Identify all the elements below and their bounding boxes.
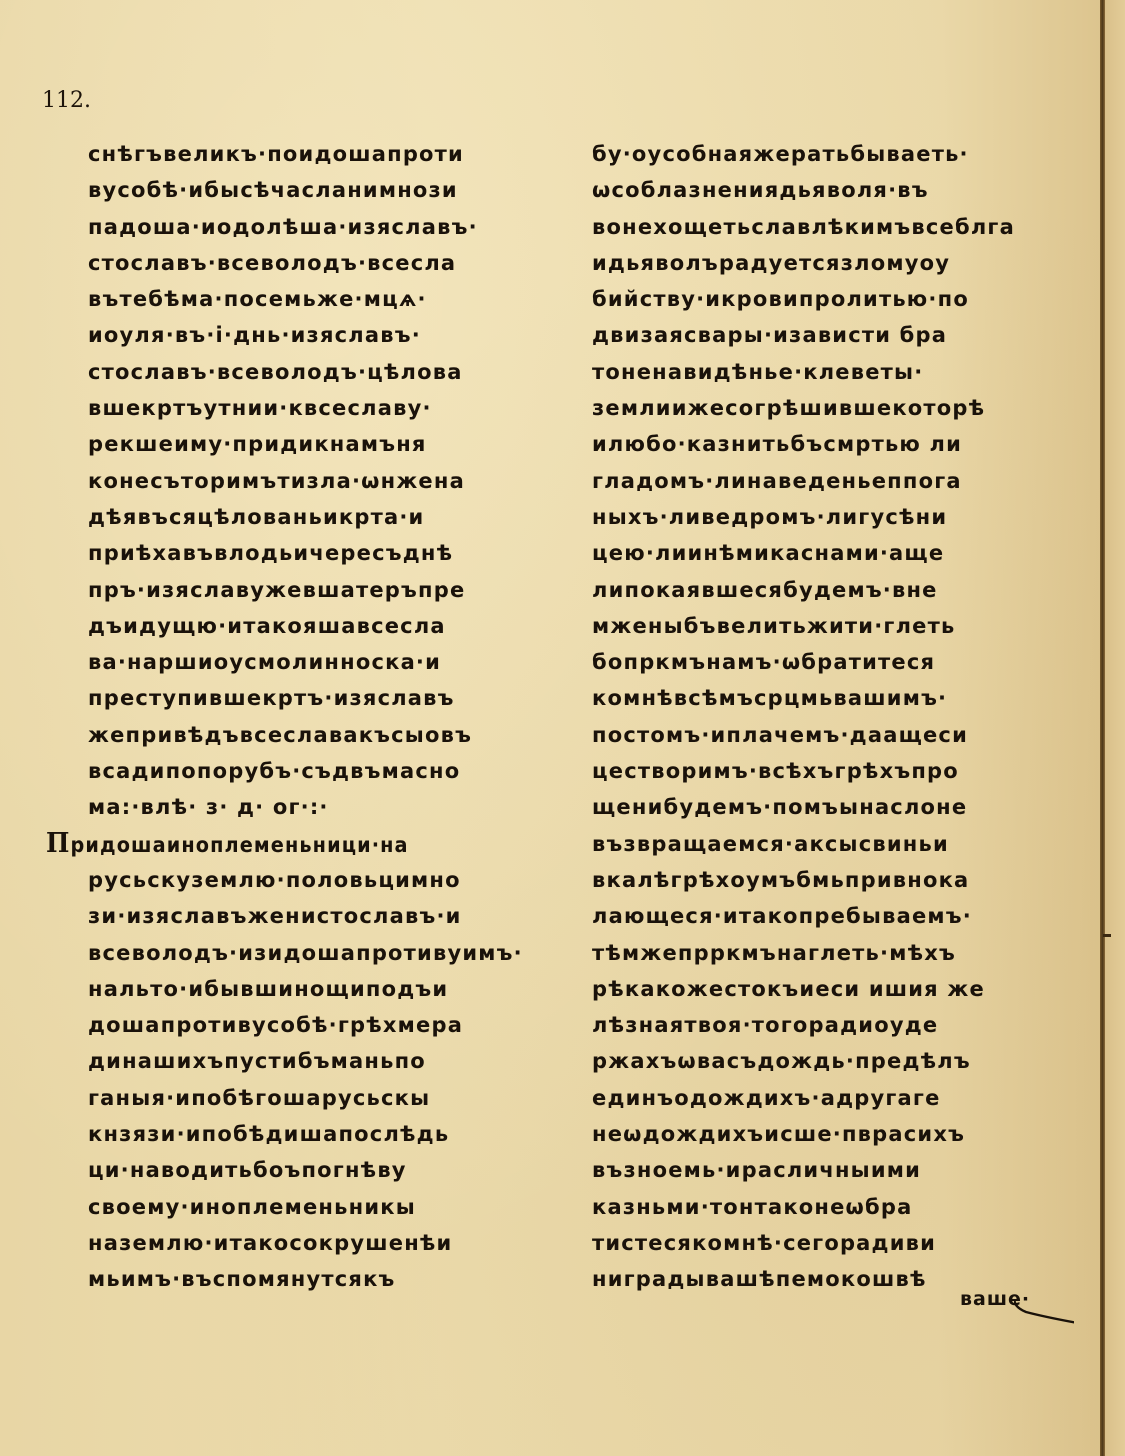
initial-letter: П [46, 828, 71, 859]
text-line: неѡдождихъисше·пврасихъ [592, 1116, 1092, 1152]
text-line: зи·изяславъженистославъ·и [88, 898, 558, 934]
text-line: цестворимъ·всѣхъгрѣхъпро [592, 753, 1092, 789]
text-line: мьимъ·въспомянутсякъ [88, 1261, 558, 1297]
left-column: снѣгъвеликъ·поидошапроти вусобѣ·ибысѣчас… [88, 136, 558, 1298]
text-line: нальто·ибывшинощиподъи [88, 971, 558, 1007]
text-line: вусобѣ·ибысѣчасланимнози [88, 172, 558, 208]
text-line: дѣявъсяцѣлованьикрта·и [88, 499, 558, 535]
date-line: ма:·влѣ· з· д· ог·:· [88, 789, 558, 825]
text-line: илюбо·казнитьбъсмртью ли [592, 426, 1092, 462]
text-line: рекшеиму·придикнамъня [88, 426, 558, 462]
text-line: вшекртъутнии·квсеславу· [88, 390, 558, 426]
text-line: ци·наводитьбоъпогнѣву [88, 1152, 558, 1188]
text-line: ныхъ·ливедромъ·лигусѣни [592, 499, 1092, 535]
text-line: всадипопорубъ·съдвъмасно [88, 753, 558, 789]
text-line: липокаявшесябудемъ·вне [592, 572, 1092, 608]
text-line: лающеся·итакопребываемъ· [592, 898, 1092, 934]
text-line: идьяволърадуетсязломуоу [592, 245, 1092, 281]
text-line: вонехощетьславлѣкимъвсеблга [592, 209, 1092, 245]
text-line: рѣкакожестокъиеси ишия же [592, 971, 1092, 1007]
text-line: снѣгъвеликъ·поидошапроти [88, 136, 558, 172]
text-line: бийству·икровипролитью·по [592, 281, 1092, 317]
text-line: кнзязи·ипобѣдишапослѣдь [88, 1116, 558, 1152]
text-line: преступившекртъ·изяславъ [88, 680, 558, 716]
text-line: дошапротивусобѣ·грѣхмера [88, 1007, 558, 1043]
text-line: тоненавидѣнье·клеветы· [592, 354, 1092, 390]
text-line: единъодождихъ·адругаге [592, 1080, 1092, 1116]
text-line: приѣхавъвлодьичересъднѣ [88, 535, 558, 571]
text-line: наземлю·итакосокрушенѣи [88, 1225, 558, 1261]
text-line: комнѣвсѣмъсрцмьвашимъ· [592, 680, 1092, 716]
text-line: ганыя·ипобѣгошарусьскы [88, 1080, 558, 1116]
text-line: казньми·тонтаконеѡбра [592, 1189, 1092, 1225]
text-line: постомъ·иплачемъ·даащеси [592, 717, 1092, 753]
text-line: двизаясвары·изависти бра [592, 317, 1092, 353]
edge-mark [1103, 934, 1111, 937]
text-line: гладомъ·линаведеньеппога [592, 463, 1092, 499]
text-line: конесъторимътизла·ѡнжена [88, 463, 558, 499]
text-line: мженыбъвелитьжити·глеть [592, 608, 1092, 644]
facing-page-edge [1105, 0, 1125, 1456]
text-line: иоуля·въ·і·днь·изяславъ· [88, 317, 558, 353]
text-line: цею·лиинѣмикаснами·аще [592, 535, 1092, 571]
text-line: лѣзнаятвоя·тогорадиоуде [592, 1007, 1092, 1043]
text-line: землиижесогрѣшившекоторѣ [592, 390, 1092, 426]
text-line: тистесякомнѣ·сегорадиви [592, 1225, 1092, 1261]
text-line: дъидущю·итакояшавсесла [88, 608, 558, 644]
text-line: възноемь·ирасличныими [592, 1152, 1092, 1188]
text-line: вътебѣма·посемьже·мцѧ· [88, 281, 558, 317]
text-line: стославъ·всеволодъ·всесла [88, 245, 558, 281]
text-line: ридошаиноплеменьници·на [71, 833, 409, 857]
text-line: падоша·иодолѣша·изяславъ· [88, 209, 558, 245]
text-line: жепривѣдъвсеславакъсыовъ [88, 717, 558, 753]
text-line: тѣмжепрркмънаглеть·мѣхъ [592, 935, 1092, 971]
text-line: пръ·изяславужевшатеръпре [88, 572, 558, 608]
text-line: бу·оусобнаяжератьбываеть· [592, 136, 1092, 172]
section-start-line: Придошаиноплеменьници·на [46, 826, 516, 862]
text-line: ва·наршиоусмолинноска·и [88, 644, 558, 680]
text-line: вкалѣгрѣхоумъбмьпривнокa [592, 862, 1092, 898]
right-column: бу·оусобнаяжератьбываеть· ѡсоблазнениядь… [592, 136, 1092, 1298]
text-line: щенибудемъ·помъынаслоне [592, 789, 1092, 825]
text-line: своему·иноплеменьникы [88, 1189, 558, 1225]
text-line: стославъ·всеволодъ·цѣлова [88, 354, 558, 390]
text-line: русьскуземлю·половьцимно [88, 862, 558, 898]
flourish-icon [1014, 1300, 1074, 1344]
text-line: динашихъпустибъманьпо [88, 1043, 558, 1079]
text-line: ѡсоблазнениядьяволя·въ [592, 172, 1092, 208]
text-line: бопркмънамъ·ѡбратитеся [592, 644, 1092, 680]
text-line: ржахъѡвасъдождь·предѣлъ [592, 1043, 1092, 1079]
page-number: 112. [42, 88, 91, 113]
text-line: възвращаемся·аксысвиньи [592, 826, 1092, 862]
text-line: всеволодъ·изидошапротивуимъ· [88, 935, 558, 971]
manuscript-page: 112. снѣгъвеликъ·поидошапроти вусобѣ·ибы… [0, 0, 1104, 1456]
